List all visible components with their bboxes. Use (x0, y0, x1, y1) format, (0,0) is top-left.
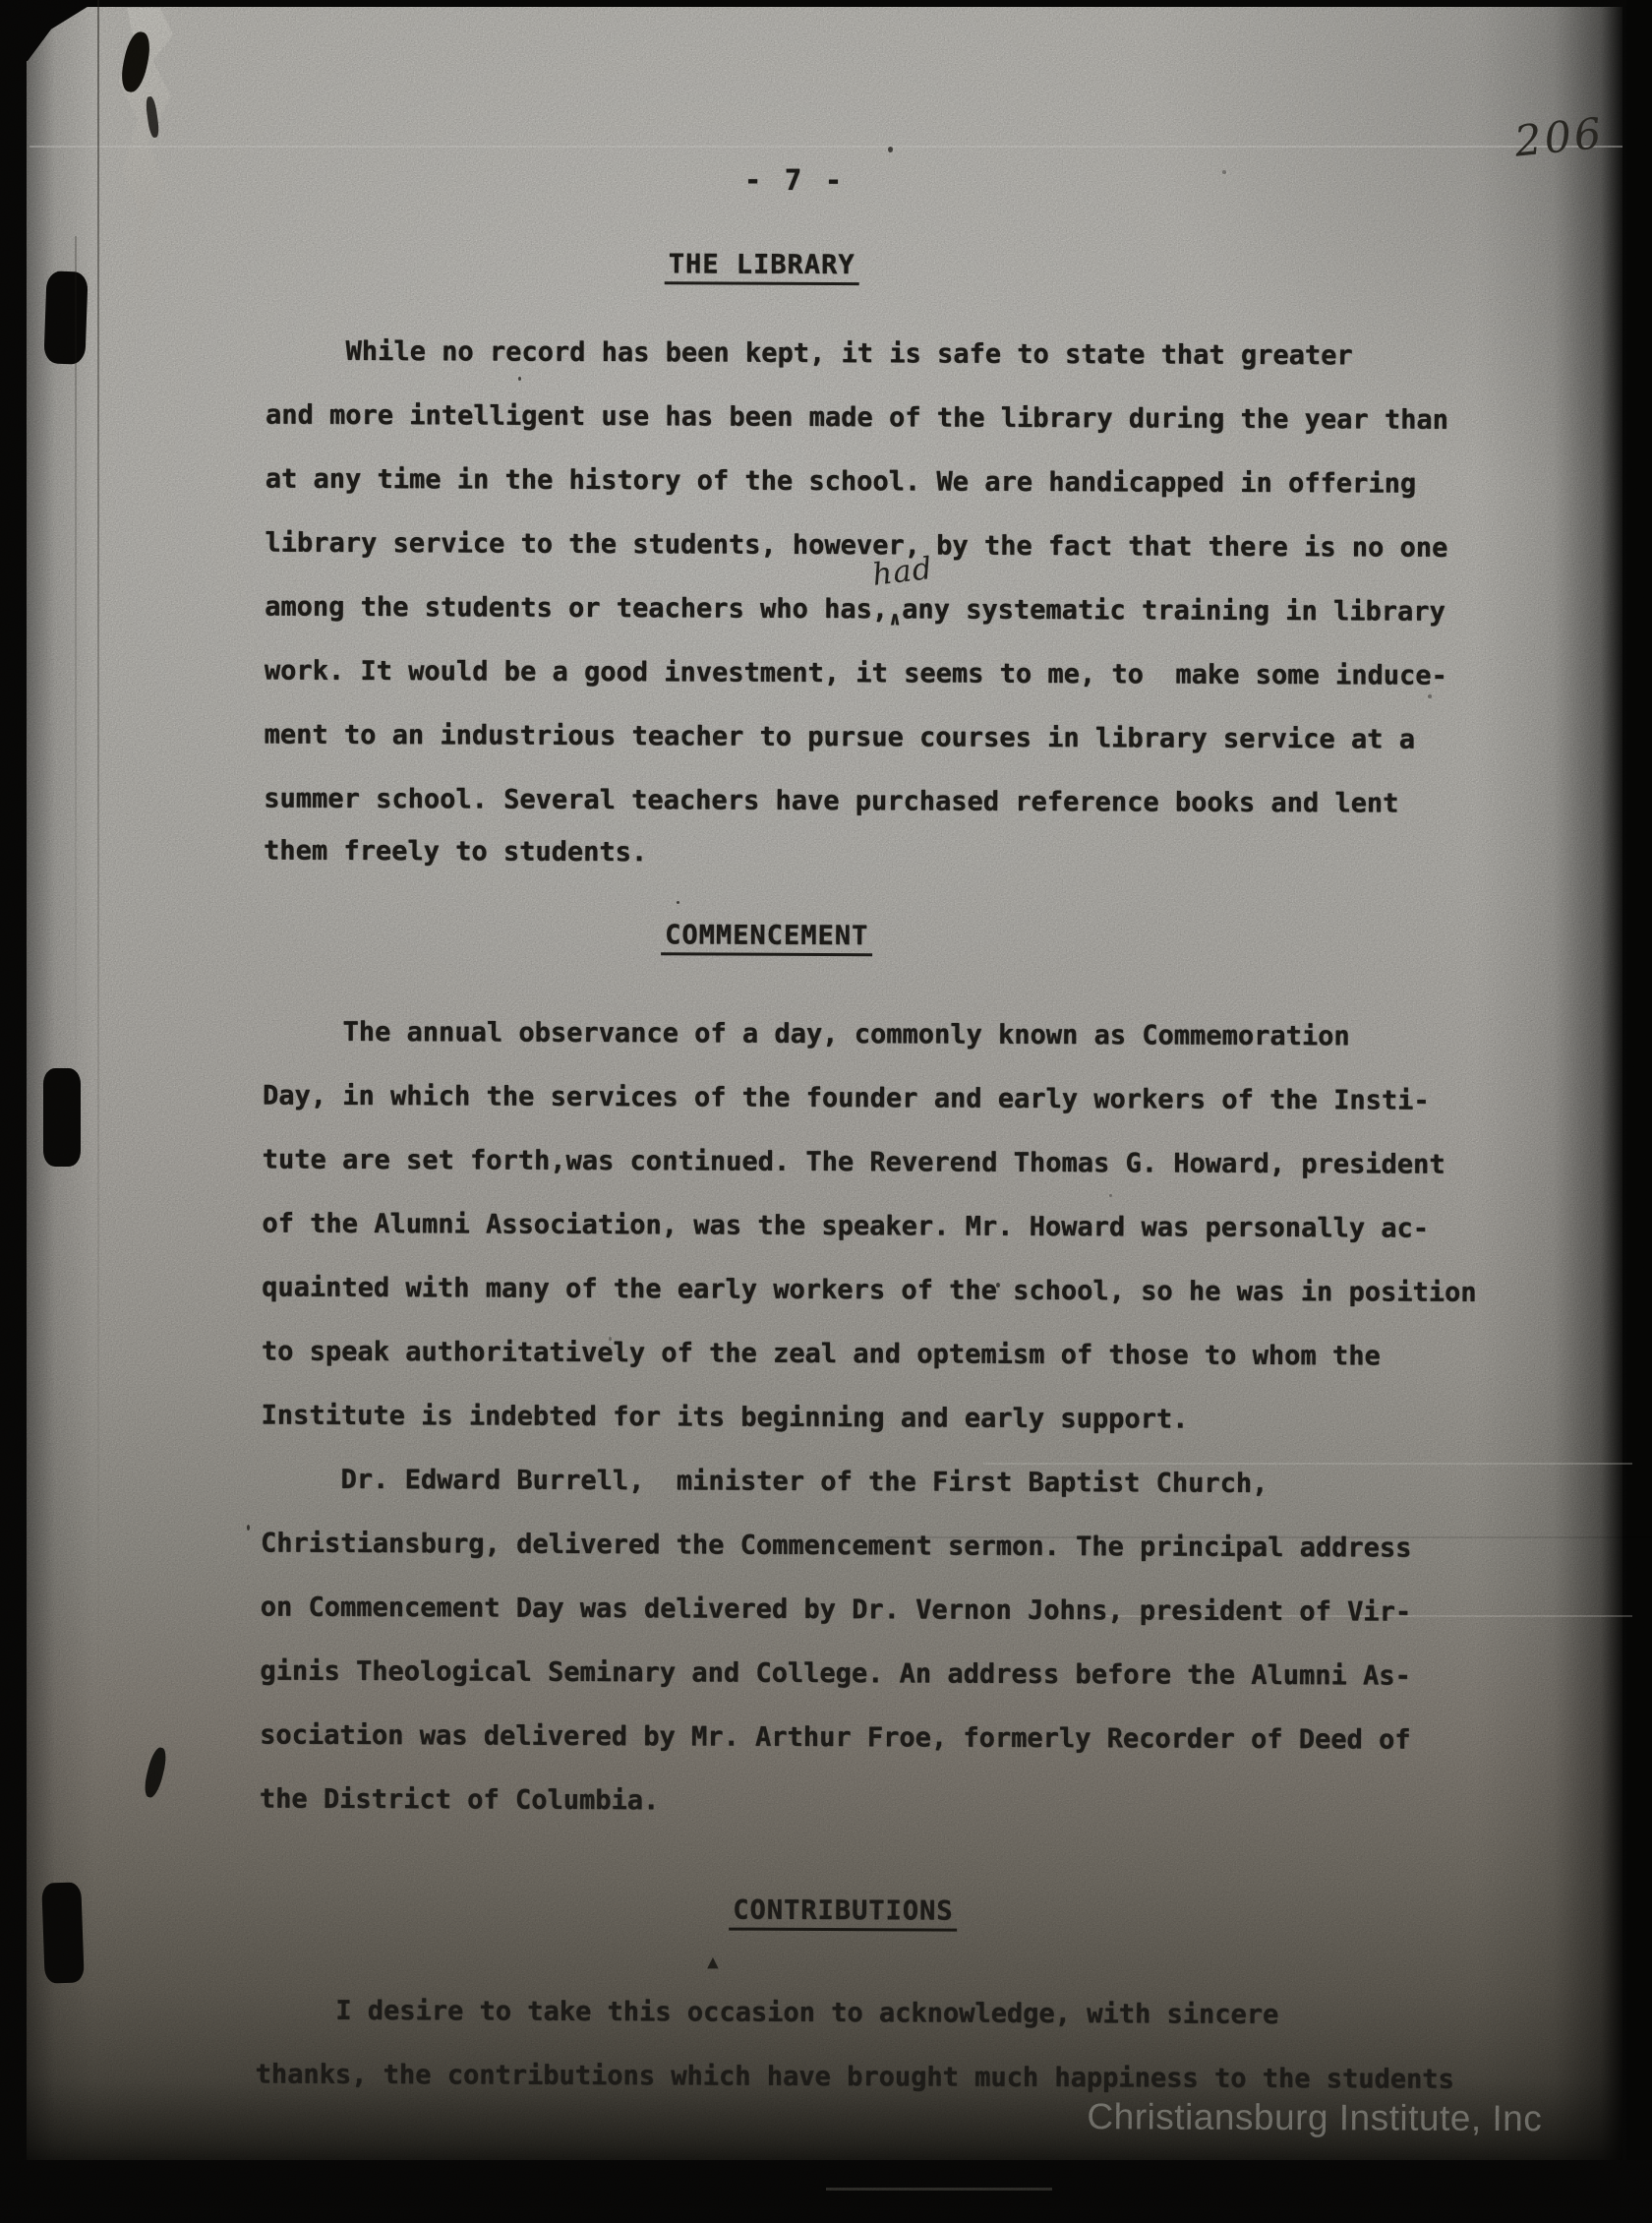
text-line: among the students or teachers who has,∧… (265, 591, 1445, 631)
text-line: While no record has been kept, it is saf… (265, 335, 1353, 373)
insertion-caret: ∧ (888, 603, 902, 635)
text-line: at any time in the history of the school… (265, 463, 1417, 501)
text-line: on Commencement Day was delivered by Dr.… (261, 1592, 1412, 1629)
text-line: ment to an industrious teacher to pursue… (265, 719, 1416, 756)
text-line: work. It would be a good investment, it … (265, 655, 1447, 692)
text-line: library service to the students, however… (265, 527, 1447, 565)
text-line: I desire to take this occasion to acknow… (256, 1994, 1278, 2031)
margin-caret-mark: ▲ (707, 1953, 719, 1970)
section-heading: THE LIBRARY (665, 249, 859, 285)
text-line: Christiansburg, delivered the Commenceme… (261, 1528, 1412, 1565)
text-line: the District of Columbia. (260, 1783, 660, 1818)
text-line: and more intelligent use has been made o… (265, 399, 1448, 437)
text-line: tute are set forth,was continued. The Re… (263, 1144, 1445, 1181)
text-line: sociation was delivered by Mr. Arthur Fr… (260, 1719, 1411, 1757)
handwritten-insertion-word: had (871, 553, 935, 592)
text-line: Institute is indebted for its beginning … (262, 1400, 1189, 1436)
typed-page-number: - 7 - (744, 163, 845, 197)
text-line: ginis Theological Seminary and College. … (260, 1655, 1411, 1693)
text-line: Dr. Edward Burrell, minister of the Firs… (261, 1464, 1268, 1500)
text-line: quainted with many of the early workers … (262, 1272, 1477, 1309)
watermark: Christiansburg Institute, Inc (1087, 2096, 1542, 2139)
text-line: to speak authoritatively of the zeal and… (262, 1336, 1381, 1373)
handwritten-page-number: 206 (1512, 109, 1607, 167)
document-content: 206 - 7 - THE LIBRARY While no record ha… (0, 0, 1652, 2223)
text-line: Day, in which the services of the founde… (263, 1080, 1430, 1117)
section-heading: CONTRIBUTIONS (729, 1895, 957, 1932)
section-heading: COMMENCEMENT (661, 920, 872, 956)
text-line: of the Alumni Association, was the speak… (262, 1208, 1429, 1245)
text-line: thanks, the contributions which have bro… (256, 2058, 1454, 2095)
text-line: them freely to students. (264, 835, 647, 870)
text-line: The annual observance of a day, commonly… (263, 1016, 1350, 1053)
text-line: summer school. Several teachers have pur… (264, 783, 1398, 820)
